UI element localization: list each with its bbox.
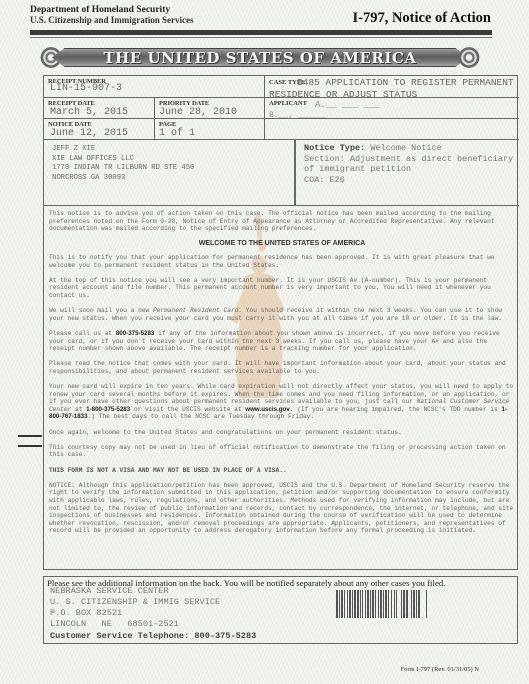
fold-mark: [18, 445, 42, 447]
body-paragraph: This courtesy copy may not be used in li…: [49, 444, 515, 459]
mailing-address: JEFF Z XIE XIE LAW OFFICES LLC 1770 INDI…: [52, 145, 194, 183]
notice-type-line: Notice Type: Welcome Notice: [304, 143, 519, 154]
body-paragraph: At the top of this notice you will see a…: [49, 277, 515, 300]
address-line: XIE LAW OFFICES LLC: [52, 155, 194, 165]
page-field: PAGE 1 of 1: [155, 119, 265, 140]
notice-section: Section: Adjustment as direct beneficiar…: [304, 154, 519, 175]
service-center-line: LINCOLN NE 68501-2521: [50, 619, 220, 630]
notice-type-label: Notice Type:: [304, 143, 365, 153]
body-paragraph: Your new card will expire in ten years. …: [49, 383, 515, 421]
notice-info-block: Notice Type: Welcome Notice Section: Adj…: [295, 140, 519, 206]
page-value: 1 of 1: [159, 128, 195, 139]
page-label: PAGE: [159, 121, 176, 128]
return-address-box: Please see the additional information on…: [43, 576, 518, 644]
case-type-field: CASE TYPE I485 APPLICATION TO REGISTER P…: [265, 76, 519, 98]
notice-date-label: NOTICE DATE: [48, 121, 92, 128]
verification-notice: NOTICE: Although this application/petiti…: [49, 482, 515, 535]
blank-field: [265, 119, 519, 140]
mailing-address-block: JEFF Z XIE XIE LAW OFFICES LLC 1770 INDI…: [44, 140, 295, 206]
body-paragraph: Please call us at 800-375-5283 if any of…: [49, 330, 515, 353]
body-paragraph: Once again, welcome to the United States…: [49, 429, 515, 437]
address-line: NORCROSS GA 30093: [52, 174, 194, 184]
receipt-date-value: March 5, 2015: [50, 107, 128, 118]
visa-disclaimer: THIS FORM IS NOT A VISA AND MAY NOT BE U…: [49, 467, 515, 475]
applicant-label: APPLICANT: [269, 100, 307, 107]
service-center-address: NEBRASKA SERVICE CENTER U. S. CITIZENSHI…: [50, 586, 220, 630]
banner-text: THE UNITED STATES OF AMERICA: [104, 49, 417, 67]
receipt-number-value: LIN-15-907-3: [50, 83, 122, 94]
notice-type-value: Welcome Notice: [370, 143, 441, 153]
service-center-line: P.O. BOX 82521: [50, 608, 220, 619]
receipt-date-field: RECEIPT DATE March 5, 2015: [44, 98, 155, 119]
ncsc-phone: 1-800-375-5283: [86, 406, 130, 413]
usa-banner: THE UNITED STATES OF AMERICA: [40, 46, 480, 69]
notice-info: Notice Type: Welcome Notice Section: Adj…: [304, 143, 519, 185]
form-title: I-797, Notice of Action: [352, 10, 491, 27]
header-rule: [30, 30, 492, 35]
text-run: We will soon mail you a new: [49, 307, 153, 314]
address-line: JEFF Z XIE: [52, 145, 194, 155]
text-run: or visit the USCIS website at: [130, 406, 245, 413]
text-run: at: [71, 406, 86, 413]
priority-date-label: PRIORITY DATE: [159, 100, 209, 107]
notice-date-field: NOTICE DATE June 12, 2015: [44, 119, 155, 140]
receipt-number-field: RECEIPT NUMBER LIN-15-907-3: [44, 76, 265, 98]
priority-date-value: June 28, 2010: [159, 107, 237, 118]
banner-band: THE UNITED STATES OF AMERICA: [52, 48, 468, 67]
address-line: 1770 INDIAN TR LILBURN RD STE 450: [52, 164, 194, 174]
text-run: Please call us at: [49, 330, 116, 337]
barcode-icon: [336, 590, 486, 618]
service-center-line: U. S. CITIZENSHIP & IMMIG SERVICE: [50, 597, 220, 608]
phone-number: 800-375-5283: [116, 330, 155, 337]
notice-main-box: RECEIPT NUMBER LIN-15-907-3 RECEIPT DATE…: [43, 75, 518, 570]
customer-service-phone: Customer Service Telephone: 800-375-5283: [50, 631, 256, 641]
body-paragraph: We will soon mail you a new Permanent Re…: [49, 307, 515, 322]
agency-subname: U.S. Citizenship and Immigration Service…: [30, 15, 194, 25]
notice-date-value: June 12, 2015: [50, 128, 128, 139]
service-center-line: NEBRASKA SERVICE CENTER: [50, 586, 220, 597]
rosette-ornament-icon: [458, 46, 480, 69]
header-rule-thin: [30, 37, 492, 38]
agency-name: Department of Homeland Security: [30, 5, 170, 15]
body-paragraph: This is to notify you that your applicat…: [49, 254, 515, 269]
priority-date-field: PRIORITY DATE June 28, 2010: [155, 98, 265, 119]
fold-mark: [18, 435, 42, 437]
applicant-name-redacted: A.__ ___ ___: [315, 100, 380, 110]
welcome-heading: WELCOME TO THE UNITED STATES OF AMERICA: [49, 240, 515, 248]
form-revision: Form I-797 (Rev. 01/31/05) N: [401, 666, 479, 673]
uscis-website-link[interactable]: www.uscis.gov: [245, 406, 289, 413]
body-paragraph: Please read the notice that comes with y…: [49, 360, 515, 375]
notice-coa: COA: E26: [304, 175, 519, 186]
text-run: .) The best days to call the NCSC are Tu…: [88, 413, 315, 420]
body-paragraph: This notice is to advise you of action t…: [49, 210, 515, 233]
notice-body: This notice is to advise you of action t…: [49, 210, 515, 543]
receipt-date-label: RECEIPT DATE: [48, 100, 95, 107]
text-run: . (If you are hearing impaired, the NCSC…: [290, 406, 502, 413]
card-name-emphasis: Permanent Resident Card.: [153, 307, 242, 314]
applicant-field: APPLICANT A.__ ___ ___ B.__, ______: [265, 98, 519, 119]
